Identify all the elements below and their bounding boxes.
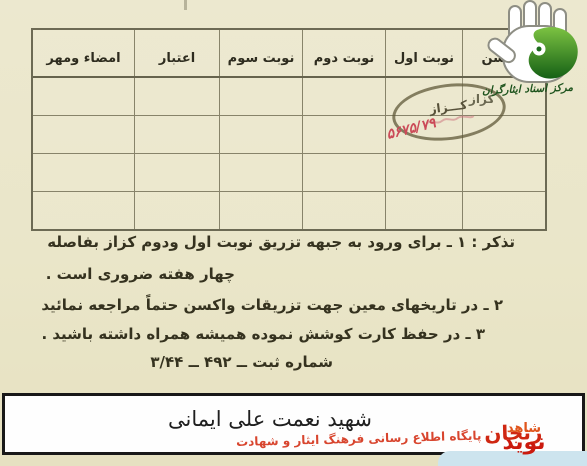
table-row (33, 192, 545, 229)
scan-artifact (184, 0, 187, 10)
note-line-1: تذکر : ۱ ـ برای ورود به جبهه تزریق نوبت … (47, 233, 515, 251)
table-header-row: واکسن نوبت اول نوبت دوم نوبت سوم اعتبار … (33, 30, 545, 78)
scanned-vaccination-card: واکسن نوبت اول نوبت دوم نوبت سوم اعتبار … (0, 0, 587, 466)
col-header-dose2: نوبت دوم (302, 30, 385, 76)
col-header-signature: امضاء ومهر (33, 30, 134, 76)
col-header-validity: اعتبار (134, 30, 219, 76)
navid-shahed-logo: شاهد نوید (486, 423, 562, 452)
isargaran-hand-leaf-logo (481, 0, 585, 86)
note-line-3: ۲ ـ در تاریخهای معین جهت تزریقات واکسن ح… (41, 296, 503, 314)
col-header-dose3: نوبت سوم (219, 30, 302, 76)
note-line-4: ۳ ـ در حفظ کارت کوشش نموده همیشه همراه د… (41, 325, 485, 343)
table-row (33, 154, 545, 192)
col-header-dose1: نوبت اول (385, 30, 462, 76)
archive-center-caption: مرکز اسناد ایثارگران (482, 81, 586, 97)
navid-shahed-logo-bottom: نوید (486, 433, 562, 453)
note-line-2: چهار هفته ضروری است . (46, 265, 235, 283)
registration-number-line: شماره ثبت ــ ۴۹۲ ــ ۳/۴۴ (150, 353, 333, 371)
